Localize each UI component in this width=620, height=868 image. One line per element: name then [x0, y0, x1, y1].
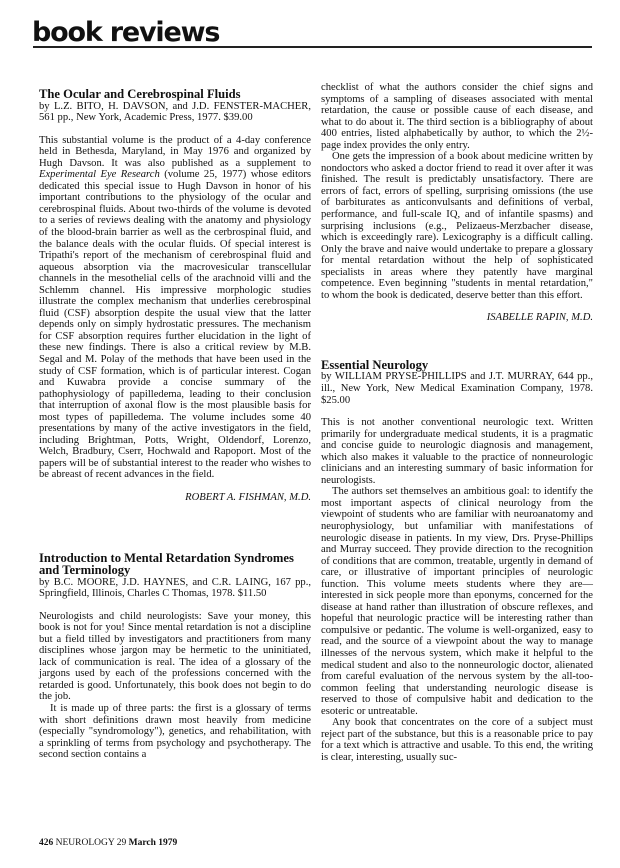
review-essential-neurology: Essential Neurology by WILLIAM PRYSE-PHI… — [321, 359, 593, 764]
review-paragraph: One gets the impression of a book about … — [321, 151, 593, 301]
book-title: The Ocular and Cerebrospinal Fluids — [39, 88, 311, 101]
right-column: checklist of what the authors consider t… — [321, 82, 593, 763]
header-rule — [33, 46, 592, 48]
volume-number: 29 — [117, 838, 127, 848]
book-citation: by WILLIAM PRYSE-PHILLIPS and J.T. MURRA… — [321, 371, 593, 406]
book-title: Introduction to Mental Retardation Syndr… — [39, 552, 311, 577]
review-paragraph: Neurologists and child neurologists: Sav… — [39, 611, 311, 703]
review-paragraph: This substantial volume is the product o… — [39, 135, 311, 481]
book-title: Essential Neurology — [321, 359, 593, 372]
review-paragraph: The authors set themselves an ambitious … — [321, 486, 593, 717]
book-citation: by B.C. MOORE, J.D. HAYNES, and C.R. LAI… — [39, 577, 311, 600]
book-citation: by L.Z. BITO, H. DAVSON, and J.D. FENSTE… — [39, 101, 311, 124]
review-mental-retardation-continued: checklist of what the authors consider t… — [321, 82, 593, 324]
review-ocular-fluids: The Ocular and Cerebrospinal Fluids by L… — [39, 88, 311, 504]
page-footer: 426 NEUROLOGY 29 March 1979 — [39, 838, 177, 848]
issue-date: March 1979 — [129, 838, 178, 848]
journal-name: Experimental Eye Research — [39, 169, 160, 180]
section-header: book reviews — [32, 18, 492, 48]
review-paragraph: It is made up of three parts: the first … — [39, 703, 311, 761]
review-paragraph: Any book that concentrates on the core o… — [321, 717, 593, 763]
journal-name: NEUROLOGY — [56, 838, 115, 848]
reviewer-signature: ROBERT A. FISHMAN, M.D. — [39, 492, 311, 504]
section-title: book reviews — [32, 18, 492, 48]
review-paragraph: This is not another conventional neurolo… — [321, 417, 593, 486]
page-number: 426 — [39, 838, 53, 848]
review-paragraph: checklist of what the authors consider t… — [321, 82, 593, 151]
left-column: The Ocular and Cerebrospinal Fluids by L… — [39, 88, 311, 761]
reviewer-signature: ISABELLE RAPIN, M.D. — [321, 312, 593, 324]
review-mental-retardation: Introduction to Mental Retardation Syndr… — [39, 552, 311, 761]
